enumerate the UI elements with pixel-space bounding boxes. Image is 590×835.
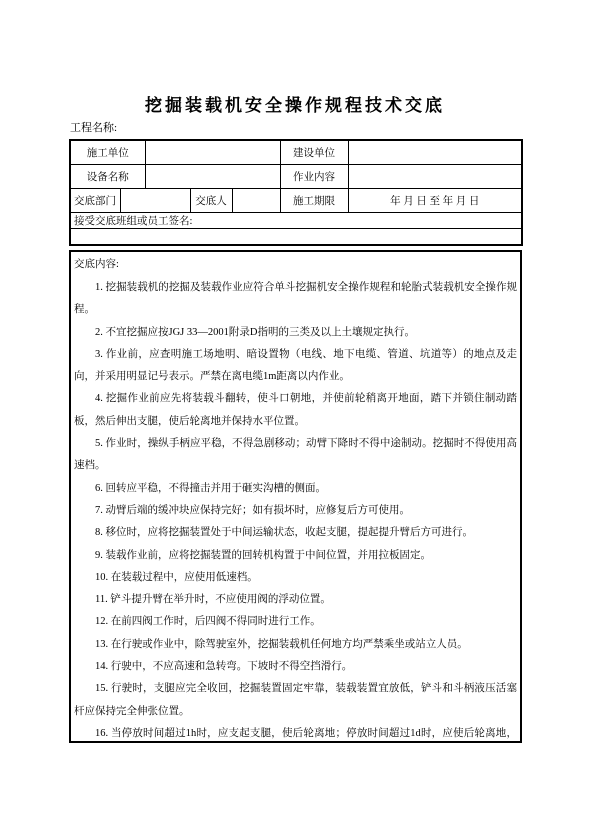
content-item-5: 5. 作业时，操纵手柄应平稳，不得急剧移动；动臂下降时不得中途制动。挖掘时不得使… bbox=[74, 433, 517, 478]
construction-unit-label: 施工单位 bbox=[70, 140, 145, 165]
page-title: 挖掘装载机安全操作规程技术交底 bbox=[0, 91, 590, 116]
content-item-2: 2. 不宜挖掘应按JGJ 33—2001附录D指明的三类及以上土壤规定执行。 bbox=[74, 322, 517, 344]
document-page: 挖掘装载机安全操作规程技术交底 工程名称: 施工单位 建设单位 设备名称 作业内… bbox=[0, 0, 590, 835]
sign-label-row: 接受交底班组或员工签名: bbox=[70, 213, 522, 229]
content-heading: 交底内容: bbox=[74, 255, 517, 275]
info-table: 施工单位 建设单位 设备名称 作业内容 交底部门 交底人 施工期限 年 月 日 … bbox=[69, 139, 523, 246]
work-content-value bbox=[348, 165, 522, 189]
sign-space bbox=[70, 229, 522, 246]
content-item-9: 9. 装载作业前，应将挖掘装置的回转机构置于中间位置，并用拉板固定。 bbox=[74, 545, 517, 567]
content-item-16: 16. 当停放时间超过1h时，应支起支腿，使后轮离地；停放时间超过1d时，应使后… bbox=[74, 723, 517, 743]
content-item-4: 4. 挖掘作业前应先将装载斗翻转，使斗口朝地，并使前轮稍离开地面，踏下并锁住制动… bbox=[74, 388, 517, 433]
disclosure-person-value bbox=[232, 189, 280, 213]
content-item-7: 7. 动臂后端的缓冲块应保持完好；如有损坏时，应修复后方可使用。 bbox=[74, 500, 517, 522]
content-item-14: 14. 行驶中，不应高速和急转弯。下坡时不得空挡滑行。 bbox=[74, 656, 517, 678]
construction-unit-value bbox=[145, 140, 280, 165]
disclosure-person-label: 交底人 bbox=[190, 189, 232, 213]
info-row-equipment: 设备名称 作业内容 bbox=[70, 165, 522, 189]
client-unit-value bbox=[348, 140, 522, 165]
construction-period-value: 年 月 日 至 年 月 日 bbox=[348, 189, 522, 213]
client-unit-label: 建设单位 bbox=[280, 140, 348, 165]
content-item-8: 8. 移位时，应将挖掘装置处于中间运输状态，收起支腿，提起提升臂后方可进行。 bbox=[74, 522, 517, 544]
project-name-label: 工程名称: bbox=[70, 119, 117, 135]
content-item-15: 15. 行驶时，支腿应完全收回，挖掘装置固定牢靠，装载装置宜放低，铲斗和斗柄液压… bbox=[74, 678, 517, 723]
content-item-1: 1. 挖掘装载机的挖掘及装载作业应符合单斗挖掘机安全操作规程和轮胎式装载机安全操… bbox=[74, 277, 517, 322]
equipment-name-label: 设备名称 bbox=[70, 165, 145, 189]
content-item-10: 10. 在装载过程中，应使用低速档。 bbox=[74, 567, 517, 589]
equipment-name-value bbox=[145, 165, 280, 189]
construction-period-label: 施工期限 bbox=[280, 189, 348, 213]
info-row-units: 施工单位 建设单位 bbox=[70, 140, 522, 165]
disclosure-dept-label: 交底部门 bbox=[70, 189, 120, 213]
info-row-disclosure: 交底部门 交底人 施工期限 年 月 日 至 年 月 日 bbox=[70, 189, 522, 213]
content-item-13: 13. 在行驶或作业中，除驾驶室外，挖掘装载机任何地方均严禁乘坐或站立人员。 bbox=[74, 634, 517, 656]
content-item-3: 3. 作业前，应查明施工场地明、暗设置物（电线、地下电缆、管道、坑道等）的地点及… bbox=[74, 344, 517, 389]
disclosure-dept-value bbox=[120, 189, 190, 213]
sign-label: 接受交底班组或员工签名: bbox=[70, 213, 522, 229]
content-item-11: 11. 铲斗提升臂在举升时，不应使用阀的浮动位置。 bbox=[74, 589, 517, 611]
sign-space-row bbox=[70, 229, 522, 246]
work-content-label: 作业内容 bbox=[280, 165, 348, 189]
content-item-6: 6. 回转应平稳，不得撞击并用于砸实沟槽的侧面。 bbox=[74, 478, 517, 500]
content-item-12: 12. 在前四阀工作时，后四阀不得同时进行工作。 bbox=[74, 611, 517, 633]
content-box: 交底内容: 1. 挖掘装载机的挖掘及装载作业应符合单斗挖掘机安全操作规程和轮胎式… bbox=[69, 250, 522, 743]
